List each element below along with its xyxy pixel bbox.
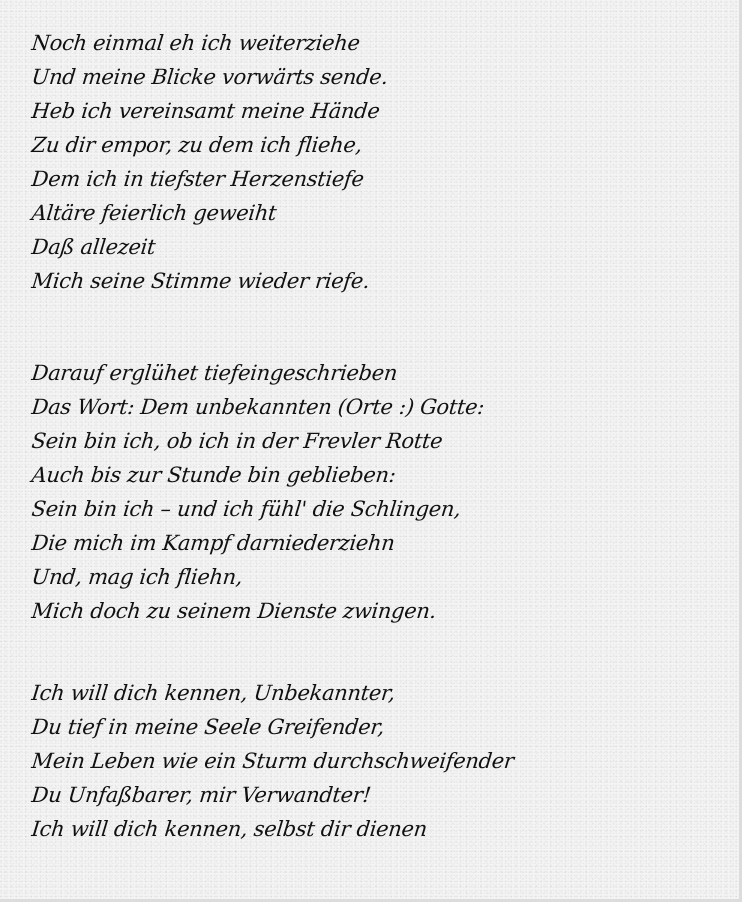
stanza-1: Noch einmal eh ich weiterziehe Und meine…: [30, 26, 386, 298]
poem-line: Mich doch zu seinem Dienste zwingen.: [30, 594, 486, 628]
poem-line: Heb ich vereinsamt meine Hände: [30, 94, 390, 128]
poem-line: Du Unfaßbarer, mir Verwandter!: [30, 778, 515, 812]
poem-line: Auch bis zur Stunde bin geblieben:: [30, 458, 486, 492]
poem-line: Sein bin ich, ob ich in der Frevler Rott…: [30, 424, 486, 458]
stanza-2: Darauf erglühet tiefeingeschrieben Das W…: [30, 356, 482, 628]
poem-line: Und meine Blicke vorwärts sende.: [30, 60, 390, 94]
poem-line: Und, mag ich fliehn,: [30, 560, 486, 594]
poem-line: Du tief in meine Seele Greifender,: [30, 710, 515, 744]
poem-line: Zu dir empor, zu dem ich fliehe,: [30, 128, 390, 162]
poem-line: Mich seine Stimme wieder riefe.: [30, 264, 390, 298]
poem-line: Dem ich in tiefster Herzenstiefe: [30, 162, 390, 196]
stanza-3: Ich will dich kennen, Unbekannter, Du ti…: [30, 676, 512, 846]
poem-line: Daß allezeit: [30, 230, 390, 264]
poem-line: Altäre feierlich geweiht: [30, 196, 390, 230]
poem-line: Die mich im Kampf darniederziehn: [30, 526, 486, 560]
poem-line: Ich will dich kennen, Unbekannter,: [30, 676, 515, 710]
poem-line: Darauf erglühet tiefeingeschrieben: [30, 356, 486, 390]
poem-line: Noch einmal eh ich weiterziehe: [30, 26, 390, 60]
poem-line: Das Wort: Dem unbekannten (Orte :) Gotte…: [30, 390, 486, 424]
poem-line: Mein Leben wie ein Sturm durchschweifend…: [30, 744, 515, 778]
poem-line: Ich will dich kennen, selbst dir dienen: [30, 812, 515, 846]
manuscript-page: Noch einmal eh ich weiterziehe Und meine…: [0, 0, 739, 899]
poem-line: Sein bin ich – und ich fühl' die Schling…: [30, 492, 486, 526]
